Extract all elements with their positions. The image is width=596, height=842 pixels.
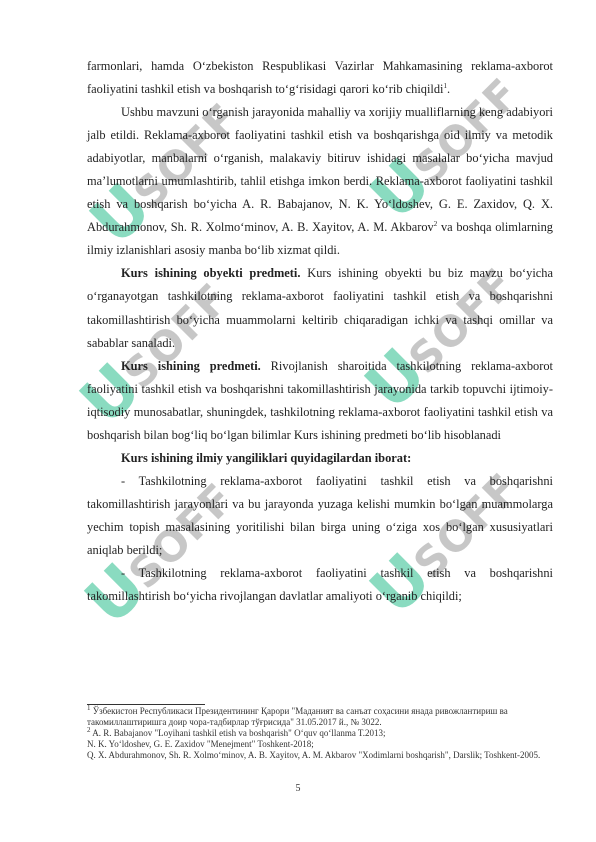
paragraph: - Tashkilotning reklama-axborot faoliyat…: [87, 470, 553, 562]
paragraph: - Tashkilotning reklama-axborot faoliyat…: [87, 562, 553, 608]
body-text: farmonlari, hamda O‘zbekiston Respublika…: [87, 55, 553, 608]
footnote-ref: 1: [444, 82, 448, 90]
footnote: N. K. Yo‘ldoshev, G. E. Zaxidov "Menejme…: [87, 739, 553, 750]
text-run: - Tashkilotning reklama-axborot faoliyat…: [87, 474, 553, 557]
paragraph: Ushbu mavzuni o‘rganish jarayonida mahal…: [87, 101, 553, 262]
bold-heading: Kurs ishining ilmiy yangiliklari quyidag…: [121, 451, 411, 465]
text-run: Ushbu mavzuni o‘rganish jarayonida mahal…: [87, 105, 553, 234]
page-number: 5: [0, 783, 596, 794]
paragraph: Kurs ishining predmeti. Rivojlanish shar…: [87, 355, 553, 447]
bold-heading: Kurs ishining predmeti.: [121, 359, 261, 373]
document-page: USOFF USOFF USOFF USOFF USOFF USOFF farm…: [0, 0, 596, 842]
text-run: - Tashkilotning reklama-axborot faoliyat…: [87, 566, 553, 603]
paragraph: farmonlari, hamda O‘zbekiston Respublika…: [87, 55, 553, 101]
footnotes: 1 Ўзбекистон Республикаси Президентининг…: [87, 706, 553, 761]
bold-heading: Kurs ishining obyekti predmeti.: [121, 266, 300, 280]
footnote: 1 Ўзбекистон Республикаси Президентининг…: [87, 706, 553, 728]
footnote: Q. X. Abdurahmonov, Sh. R. Xolmo‘minov, …: [87, 750, 553, 761]
footnote-separator: [87, 704, 205, 705]
text-run: farmonlari, hamda O‘zbekiston Respublika…: [87, 59, 553, 96]
paragraph: Kurs ishining ilmiy yangiliklari quyidag…: [87, 447, 553, 470]
paragraph: Kurs ishining obyekti predmeti. Kurs ish…: [87, 262, 553, 354]
footnote: 2 A. R. Babajanov "Loyihani tashkil etis…: [87, 728, 553, 739]
